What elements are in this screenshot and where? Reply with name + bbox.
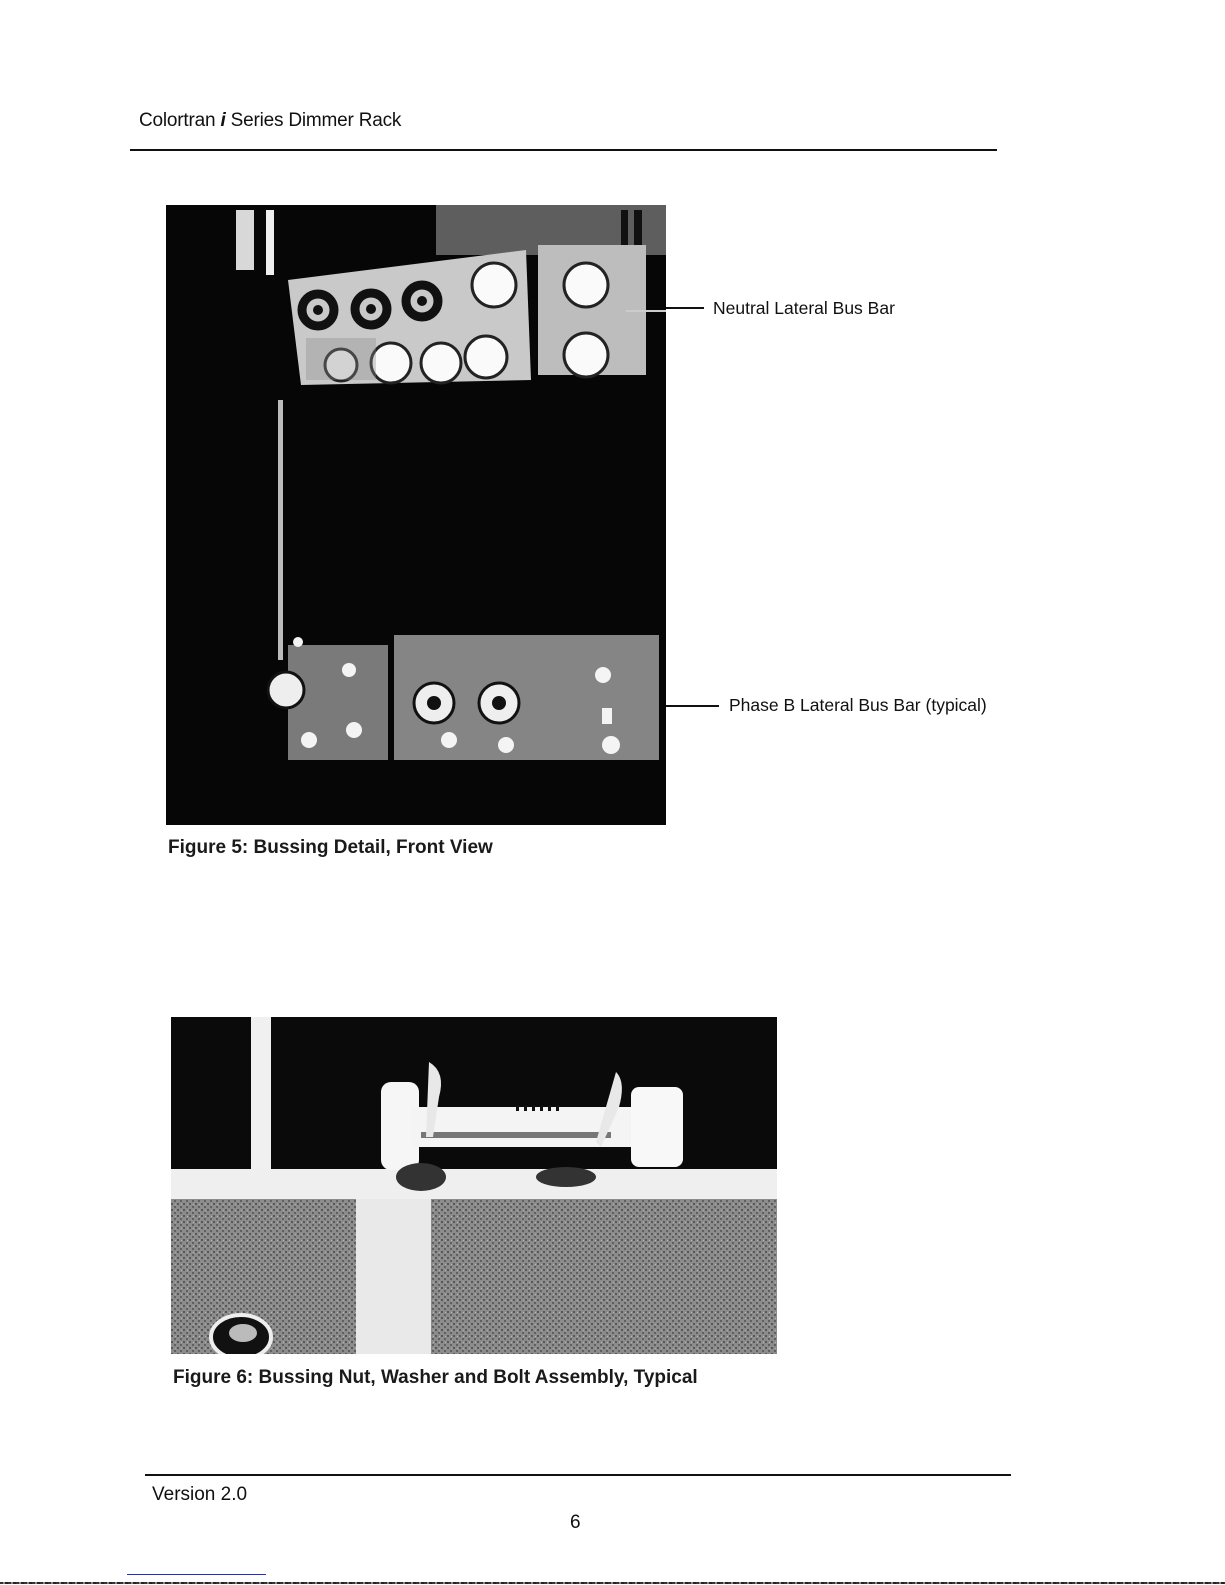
header-title-prefix: Colortran [139, 110, 220, 131]
header-rule [130, 149, 997, 151]
neutral-bus-bar-label: Neutral Lateral Bus Bar [713, 298, 895, 319]
footer-version: Version 2.0 [152, 1484, 247, 1506]
phase-b-bus-bar-label: Phase B Lateral Bus Bar (typical) [729, 695, 987, 716]
page-bottom-edge [0, 1582, 1225, 1584]
header-title-suffix: Series Dimmer Rack [226, 110, 402, 131]
bus-bar-photo-illustration [166, 205, 666, 825]
figure-6-caption: Figure 6: Bussing Nut, Washer and Bolt A… [173, 1367, 698, 1389]
figure-5-photo [166, 205, 666, 825]
page-number: 6 [570, 1512, 581, 1534]
neutral-bus-bar-leader-line [666, 307, 704, 309]
figure-6-photo [171, 1017, 777, 1354]
phase-b-bus-bar-leader-line [666, 705, 719, 707]
document-header-title: Colortran i Series Dimmer Rack [139, 110, 401, 132]
footer-rule [145, 1474, 1011, 1476]
figure-5-caption: Figure 5: Bussing Detail, Front View [168, 837, 493, 859]
bolt-assembly-photo-illustration [171, 1017, 777, 1354]
page-link-underline [127, 1574, 266, 1575]
